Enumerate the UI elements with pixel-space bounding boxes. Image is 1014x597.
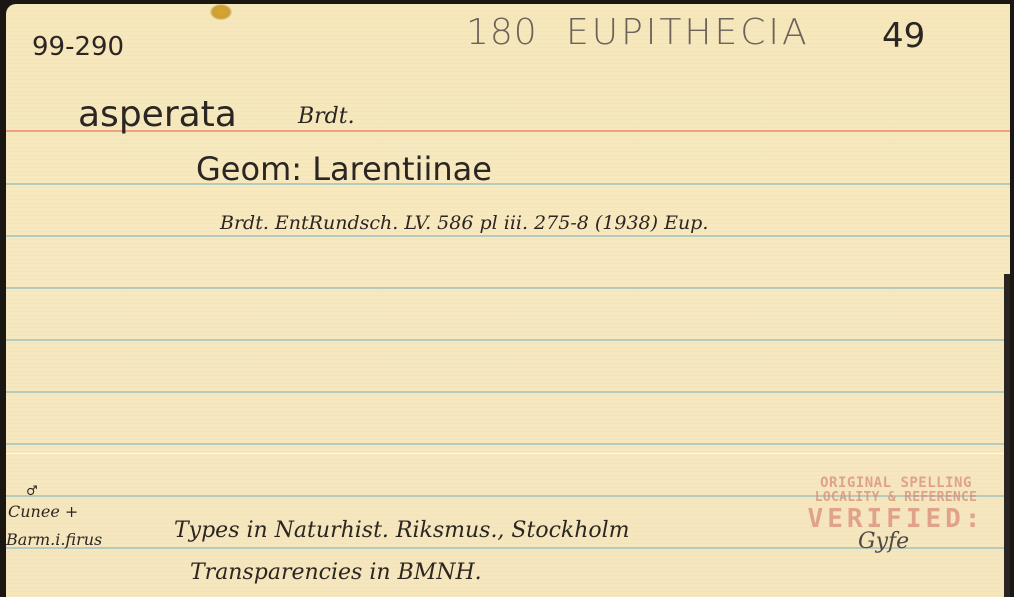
genus-name: EUPITHECIA <box>566 12 810 53</box>
ruled-line <box>6 339 1010 341</box>
ruled-line <box>6 287 1010 289</box>
ruled-line <box>6 391 1010 393</box>
header-number: 180 <box>466 12 538 53</box>
card-edge-shadow <box>1004 274 1010 597</box>
verifier-initials: Gyfe <box>858 529 909 554</box>
species-author: Brdt. <box>298 104 355 129</box>
margin-note-line1: Cunee + <box>8 502 78 521</box>
ruled-line <box>6 235 1010 237</box>
transparencies-note: Transparencies in BMNH. <box>190 560 482 585</box>
bibliographic-reference: Brdt. EntRundsch. LV. 586 pl iii. 275-8 … <box>220 212 708 234</box>
paper-crease <box>6 453 1010 454</box>
types-location-note: Types in Naturhist. Riksmus., Stockholm <box>174 518 630 543</box>
species-name: asperata <box>78 94 237 135</box>
card-number: 49 <box>882 16 925 56</box>
stamp-line-original-spelling: ORIGINAL SPELLING <box>806 476 986 491</box>
accession-number: 99-290 <box>32 32 124 62</box>
verification-stamp: ORIGINAL SPELLING LOCALITY & REFERENCE V… <box>806 476 986 534</box>
stamp-line-locality-reference: LOCALITY & REFERENCE <box>806 491 986 505</box>
index-card: 99-290 180 EUPITHECIA 49 asperata Brdt. … <box>6 4 1010 597</box>
ruled-line <box>6 183 1010 185</box>
ruled-line <box>6 443 1010 445</box>
classification: Geom: Larentiinae <box>196 150 492 188</box>
male-symbol: ♂ <box>26 484 38 499</box>
margin-note-line2: Barm.i.firus <box>6 530 102 549</box>
pin-mark <box>210 4 232 20</box>
